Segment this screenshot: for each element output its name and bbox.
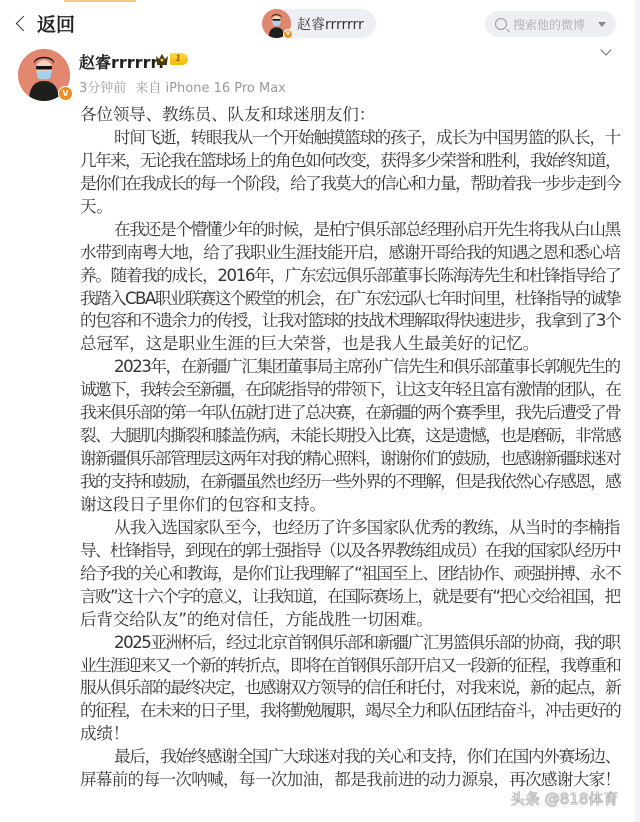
- search-input[interactable]: 搜索他的微博: [485, 11, 616, 37]
- post-text-line: 裂、大腿肌肉撕裂和膝盖伤病，未能长期投入比赛，这是遗憾，也是磨砺，非常感: [80, 425, 620, 448]
- post-text-line: 业生涯迎来又一个新的转折点，即将在首钢俱乐部开启又一段新的征程，我尊重和: [80, 655, 620, 678]
- post-text-line: 几年来，无论我在篮球场上的角色如何改变，获得多少荣誉和胜利，我始终知道，: [80, 150, 620, 173]
- post-text-line: 总冠军，这是职业生涯的巨大荣誉，也是我人生最美好的记忆。: [80, 333, 620, 356]
- post-text-line: 养。随着我的成长，2016年，广东宏远俱乐部董事长陈海涛先生和杜锋指导给了: [80, 265, 620, 288]
- post-text-line: 给予我的关心和教诲，是你们让我理解了“祖国至上、团结协作、顽强拼搏、永不: [80, 563, 620, 586]
- post-text-line: 言败”这十六个字的意义，让我知道，在国际赛场上，就是要有“把心交给祖国，把: [80, 586, 620, 609]
- post-text-line: 我来俱乐部的第一年队伍就打进了总决赛，在新疆的两个赛季里，我先后遭受了骨: [80, 402, 620, 425]
- post-text-line: 各位领导、教练员、队友和球迷朋友们：: [80, 104, 620, 127]
- post-text-line: 的征程，在未来的日子里，我将勤勉履职，竭尽全力和队伍团结奋斗，冲击更好的: [80, 700, 620, 723]
- author-name[interactable]: 赵睿rrrrrrr: [79, 50, 166, 73]
- crown-icon: [155, 53, 169, 65]
- post-text-line: 在我还是个懵懂少年的时候，是柏宁俱乐部总经理孙启开先生将我从白山黑: [80, 219, 620, 242]
- member-level-badge[interactable]: 1: [155, 53, 188, 65]
- post-text-line: 2025亚洲杯后，经过北京首钢俱乐部和新疆广汇男篮俱乐部的协商，我的职: [80, 632, 620, 655]
- post-text-line: 服从俱乐部的最终决定，也感谢双方领导的信任和托付，对我来说，新的起点，新: [80, 677, 620, 700]
- watermark: 头条 @818体育: [510, 788, 618, 809]
- back-label: 返回: [37, 10, 75, 37]
- post-text-line: 成绩！: [80, 723, 620, 746]
- user-profile-pill[interactable]: V 赵睿rrrrrrr: [262, 9, 376, 38]
- verified-badge: V: [58, 86, 73, 101]
- verified-badge: V: [283, 29, 293, 39]
- dropdown-caret-icon[interactable]: [598, 22, 606, 27]
- right-sidebar-edge: [635, 0, 640, 822]
- post-text-line: 的包容和不遗余力的传授，让我对篮球的技战术理解取得快速进步，我拿到了3个: [80, 310, 620, 333]
- member-level: 1: [170, 53, 188, 65]
- post-text-line: 我的支持和鼓励，在新疆虽然也经历一些外界的不理解，但是我依然心存感恩，感: [80, 471, 620, 494]
- post-text-line: 最后，我始终感谢全国广大球迷对我的关心和支持，你们在国内外赛场边、: [80, 746, 620, 769]
- author-avatar[interactable]: V: [18, 49, 70, 101]
- post-text-line: 谢新疆俱乐部管理层这两年对我的精心照料，谢谢你们的鼓励，也感谢新疆球迷对: [80, 448, 620, 471]
- post-time[interactable]: 3分钟前: [79, 81, 126, 96]
- top-bar: 返回 V 赵睿rrrrrrr 搜索他的微博: [0, 0, 635, 44]
- post-text-line: 从我入选国家队至今，也经历了许多国家队优秀的教练，从当时的李楠指: [80, 517, 620, 540]
- weibo-post-page: 返回 V 赵睿rrrrrrr 搜索他的微博: [0, 0, 640, 822]
- post-text-line: 天。: [80, 196, 620, 219]
- post-content: 各位领导、教练员、队友和球迷朋友们：时间飞逝，转眼我从一个开始触摸篮球的孩子，成…: [80, 104, 620, 792]
- search-icon: [495, 18, 507, 30]
- post-text-line: 水带到南粤大地，给了我职业生涯技能开启，感谢开哥给我的知遇之恩和悉心培: [80, 242, 620, 265]
- post-text-line: 导、杜锋指导，到现在的郭士强指导（以及各界教练组成员）在我的国家队经历中: [80, 540, 620, 563]
- post-text-line: 诚邀下，我转会至新疆，在邱彪指导的带领下，让这支年轻且富有激情的团队，在: [80, 379, 620, 402]
- post-text-line: 时间飞逝，转眼我从一个开始触摸篮球的孩子，成长为中国男篮的队长，十: [80, 127, 620, 150]
- profile-name: 赵睿rrrrrrr: [297, 14, 364, 34]
- post-text-line: 2023年，在新疆广汇集团董事局主席孙广信先生和俱乐部董事长郭舰先生的: [80, 356, 620, 379]
- post-text-line: 是你们在我成长的每一个阶段，给了我莫大的信心和力量，帮助着我一步步走到今: [80, 173, 620, 196]
- back-button[interactable]: 返回: [14, 8, 75, 38]
- post-meta: 3分钟前 来自 iPhone 16 Pro Max: [79, 77, 286, 96]
- post-text-line: 谢这段日子里你们的包容和支持。: [80, 494, 620, 517]
- post-source: 来自 iPhone 16 Pro Max: [135, 81, 285, 96]
- avatar-small: V: [262, 9, 291, 38]
- post-text-line: 我踏入CBA职业联赛这个殿堂的机会，在广东宏远队七年时间里，杜锋指导的诚挚: [80, 288, 620, 311]
- search-placeholder: 搜索他的微博: [513, 16, 598, 33]
- chevron-left-icon: [16, 15, 32, 31]
- chevron-down-icon[interactable]: [600, 44, 611, 55]
- post-text-line: 后背交给队友”的绝对信任，方能战胜一切困难。: [80, 609, 620, 632]
